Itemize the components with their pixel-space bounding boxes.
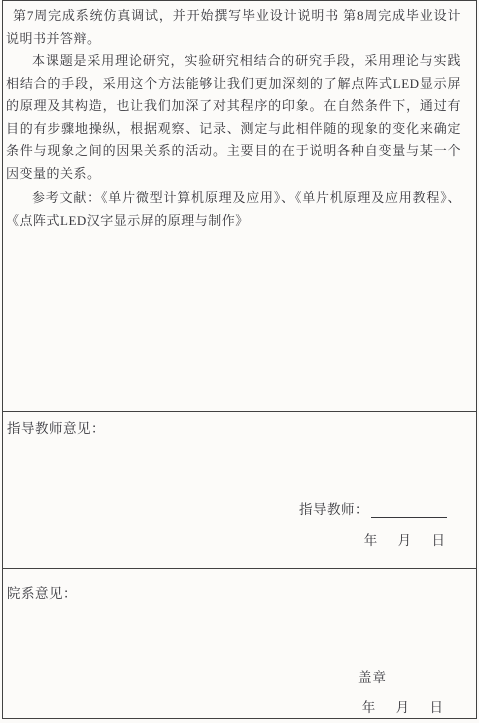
stamp-label: 盖章 <box>358 666 387 686</box>
advisor-signature-row: 指导教师： <box>299 498 447 518</box>
department-opinion-cell: 院系意见： 盖章 年 月 日 <box>3 568 476 718</box>
year-label: 年 <box>362 700 376 715</box>
main-content-cell: 第7周完成系统仿真调试，并开始撰写毕业设计说明书 第8周完成毕业设计说明书并答辩… <box>3 1 476 411</box>
year-label: 年 <box>364 533 378 548</box>
paragraph-schedule: 第7周完成系统仿真调试，并开始撰写毕业设计说明书 第8周完成毕业设计说明书并答辩… <box>6 5 461 50</box>
document-page: 第7周完成系统仿真调试，并开始撰写毕业设计说明书 第8周完成毕业设计说明书并答辩… <box>0 0 479 723</box>
month-label: 月 <box>398 533 412 548</box>
department-date-line: 年 月 日 <box>362 696 443 716</box>
paragraph-research-method: 本课题是采用理论研究，实验研究相结合的研究手段，采用理论与实践相结合的手段，采用… <box>6 50 461 185</box>
day-label: 日 <box>430 700 444 715</box>
advisor-signature-label: 指导教师： <box>299 502 369 517</box>
advisor-opinion-label: 指导教师意见： <box>7 417 105 437</box>
form-table: 第7周完成系统仿真调试，并开始撰写毕业设计说明书 第8周完成毕业设计说明书并答辩… <box>2 0 477 719</box>
day-label: 日 <box>432 533 446 548</box>
department-opinion-label: 院系意见： <box>7 582 77 602</box>
month-label: 月 <box>396 700 410 715</box>
paragraph-references: 参考文献：《单片微型计算机原理及应用》、《单片机原理及应用教程》、《点阵式LED… <box>6 187 461 232</box>
advisor-opinion-cell: 指导教师意见： 指导教师： 年 月 日 <box>3 411 476 568</box>
signature-underline <box>371 504 447 518</box>
advisor-date-line: 年 月 日 <box>364 529 445 549</box>
